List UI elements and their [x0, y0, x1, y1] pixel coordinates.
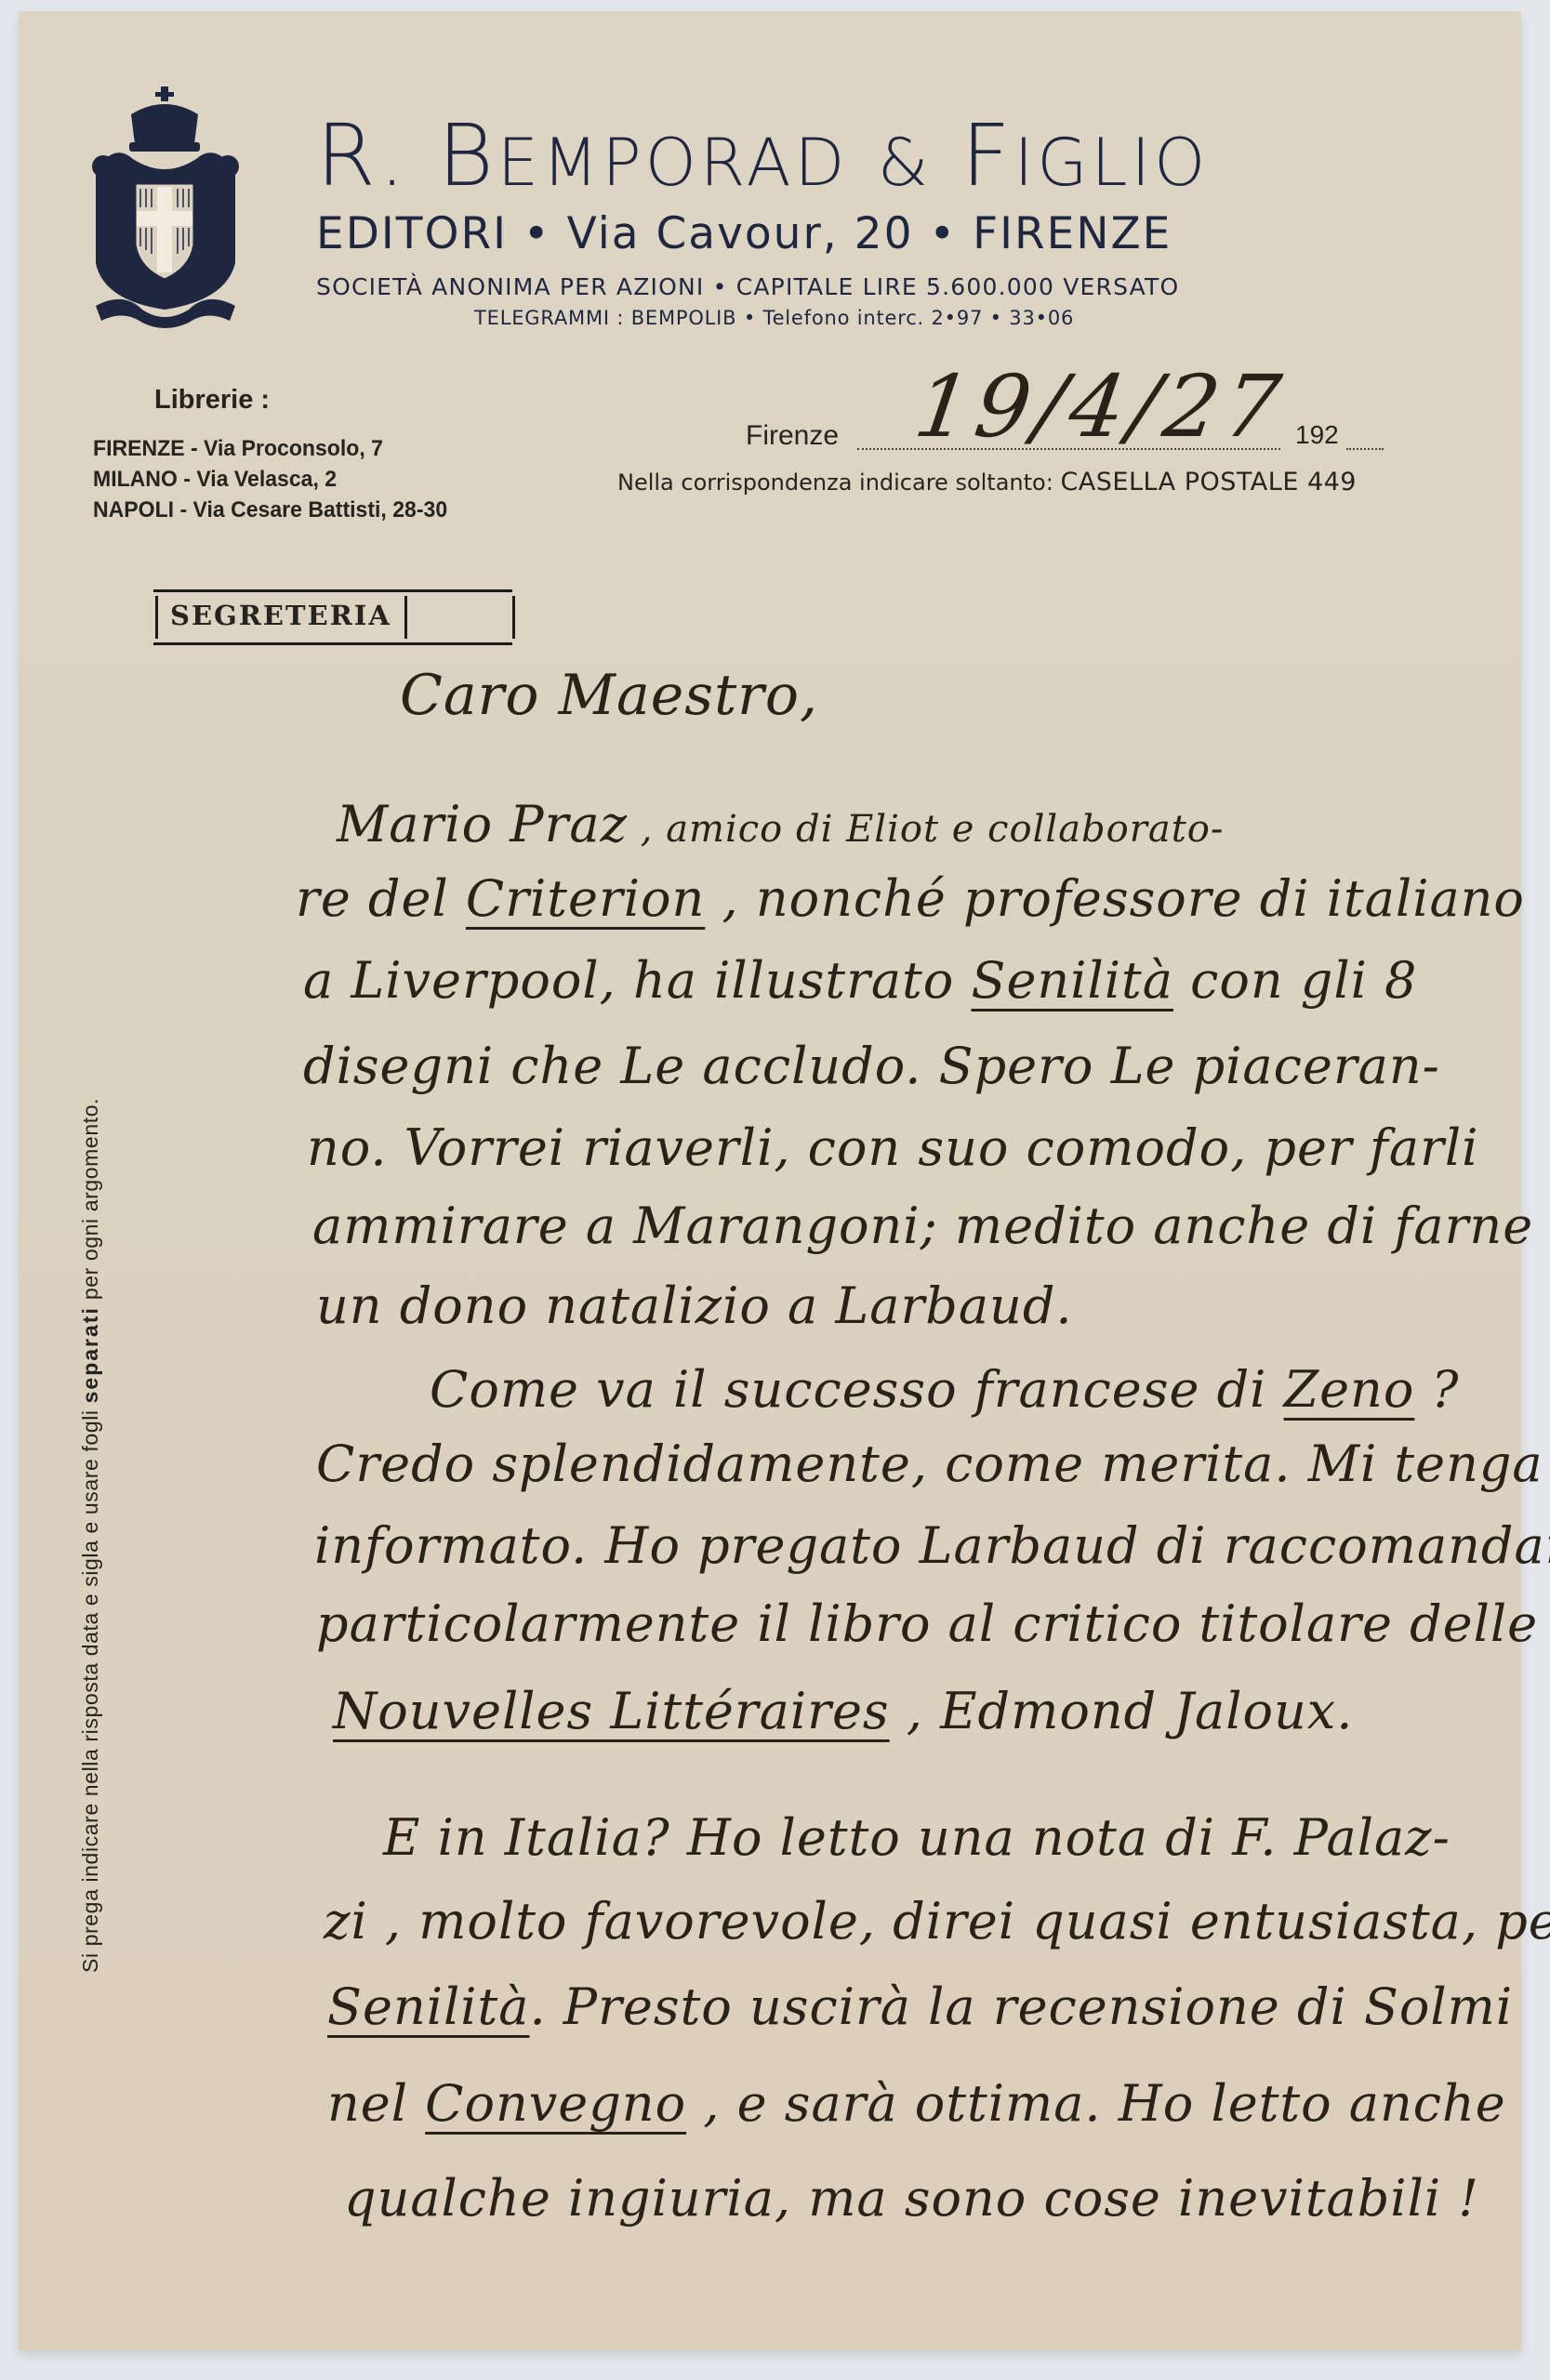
segreteria-box: SEGRETERIA: [153, 589, 512, 645]
publisher-name: R. BEMPORAD & FIGLIO: [316, 113, 1209, 199]
postal-box: CASELLA POSTALE 449: [1060, 468, 1357, 496]
bookstores-title: Librerie :: [154, 385, 270, 416]
letter-line: no. Vorrei riaverli, con suo comodo, per…: [307, 1123, 1478, 1173]
side-instructions: Si prega indicare nella risposta data e …: [78, 792, 103, 1973]
date-city: Firenze: [746, 420, 839, 452]
letter-line: E in Italia? Ho letto una nota di F. Pal…: [383, 1813, 1451, 1863]
letter-line: Nouvelles Littéraires , Edmond Jaloux.: [333, 1686, 1353, 1737]
letter-line: Credo splendidamente, come merita. Mi te…: [316, 1439, 1543, 1489]
royal-crest-icon: [86, 86, 245, 330]
letter-line: nel Convegno , e sarà ottima. Ho letto a…: [327, 2079, 1506, 2129]
bookstore-item: FIRENZE - Via Proconsolo, 7: [93, 433, 447, 464]
year-dotted-line: [1346, 448, 1384, 450]
segreteria-label: SEGRETERIA: [170, 600, 391, 631]
letter-line: Come va il successo francese di Zeno ?: [430, 1365, 1459, 1415]
letter-line: qualche ingiuria, ma sono cose inevitabi…: [344, 2174, 1479, 2224]
telegram-phone-info: TELEGRAMMI : BEMPOLIB • Telefono interc.…: [474, 307, 1074, 329]
letter-line: a Liverpool, ha illustrato Senilità con …: [303, 956, 1417, 1006]
handwritten-date: 19/4/27: [908, 357, 1292, 456]
letter-line: informato. Ho pregato Larbaud di raccoma…: [314, 1521, 1550, 1571]
letter-line: Mario Praz , amico di Eliot e collaborat…: [337, 800, 1224, 850]
publisher-address: EDITORI • Via Cavour, 20 • FIRENZE: [316, 212, 1172, 256]
salutation: Caro Maestro,: [400, 668, 818, 723]
letter-line: disegni che Le accludo. Spero Le piacera…: [303, 1041, 1440, 1091]
bookstores-list: FIRENZE - Via Proconsolo, 7 MILANO - Via…: [93, 433, 462, 525]
segreteria-field: [404, 596, 515, 639]
letter-line: Senilità. Presto uscirà la recensione di…: [327, 1982, 1513, 2032]
letter-line: particolarmente il libro al critico tito…: [316, 1599, 1538, 1649]
bookstore-item: NAPOLI - Via Cesare Battisti, 28-30: [93, 495, 447, 525]
letter-line: ammirare a Marangoni; medito anche di fa…: [312, 1201, 1533, 1251]
year-prefix: 192: [1295, 420, 1339, 450]
company-info: SOCIETÀ ANONIMA PER AZIONI • CAPITALE LI…: [316, 273, 1179, 300]
letter-line: un dono natalizio a Larbaud.: [316, 1281, 1073, 1331]
letter-line: re del Criterion , nonché professore di …: [296, 874, 1525, 924]
letter-line: zi , molto favorevole, direi quasi entus…: [324, 1897, 1550, 1947]
correspondence-note: Nella corrispondenza indicare soltanto: …: [617, 468, 1357, 496]
bookstore-item: MILANO - Via Velasca, 2: [93, 464, 447, 495]
